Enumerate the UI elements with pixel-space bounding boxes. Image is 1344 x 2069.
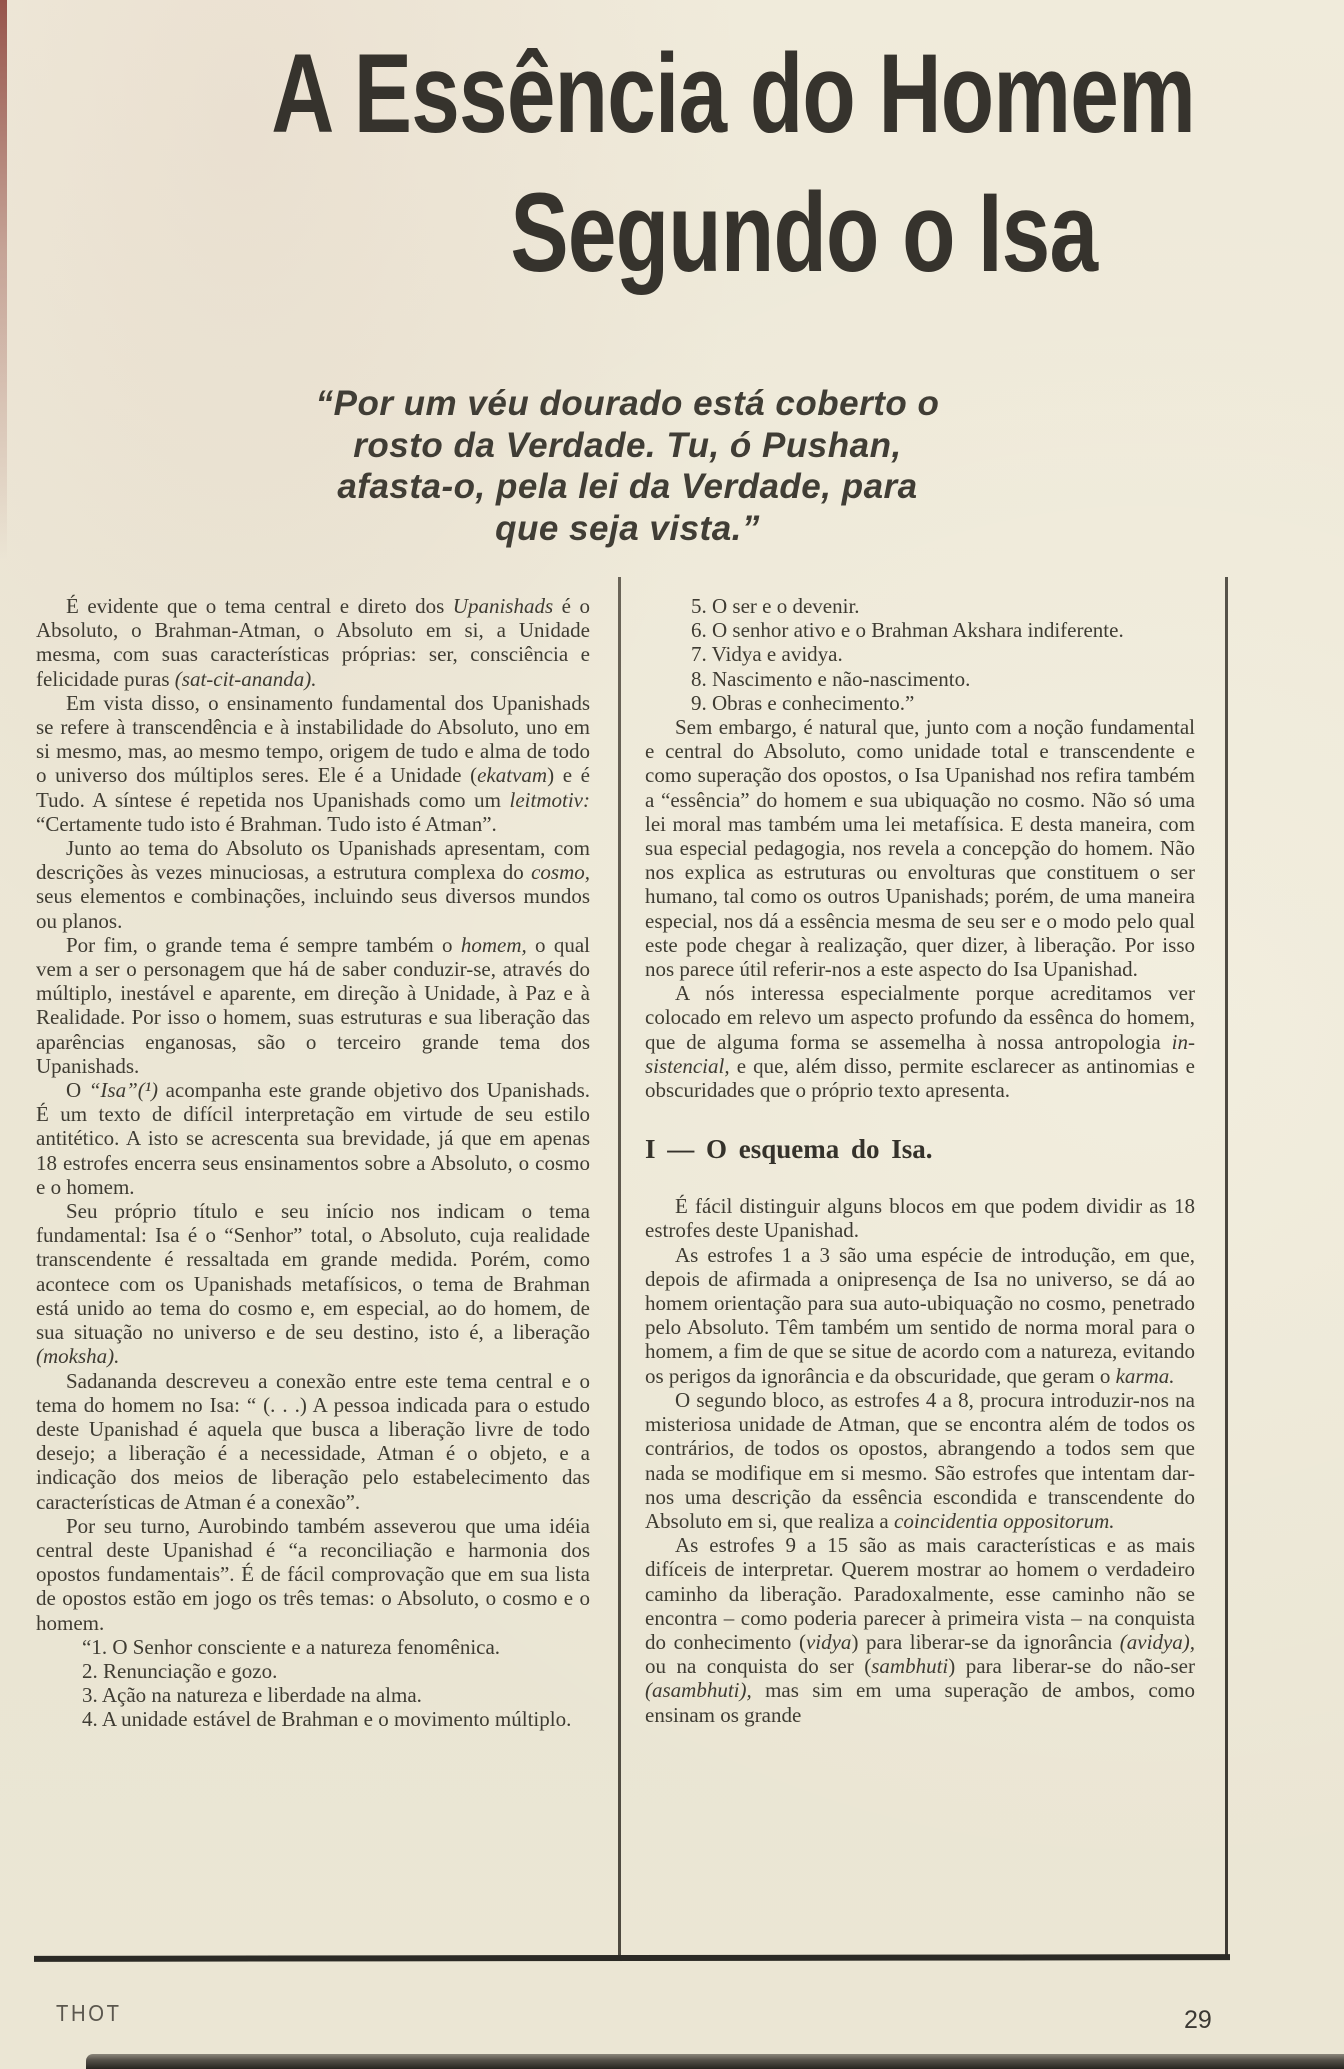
italic-text-run: leitmotiv:: [510, 788, 590, 812]
italic-text-run: (moksha).: [36, 1344, 119, 1368]
italic-text-run: (asambhuti),: [645, 1678, 752, 1702]
list-item: 8. Nascimento e não-nascimento.: [645, 667, 1195, 691]
scan-edge-bottom: [86, 2054, 1344, 2069]
text-run: 6. O senhor ativo e o Brahman Akshara in…: [691, 618, 1124, 642]
text-run: “1. O Senhor consciente e a natureza fen…: [82, 1635, 500, 1659]
italic-text-run: “Isa”(¹): [89, 1078, 158, 1102]
scan-edge-left: [0, 0, 7, 560]
text-run: A nós interessa especialmente porque acr…: [645, 981, 1195, 1053]
italic-text-run: karma.: [1116, 1364, 1175, 1388]
section-heading: I — O esquema do Isa.: [645, 1134, 1195, 1164]
paragraph: O segundo bloco, as estrofes 4 a 8, proc…: [645, 1388, 1195, 1533]
article-title-line-2: Segundo o Isa: [510, 177, 1009, 289]
italic-text-run: vidya: [806, 1630, 851, 1654]
text-run: As estrofes 1 a 3 são uma espécie de int…: [645, 1243, 1195, 1388]
italic-text-run: coincidentia oppositorum.: [894, 1509, 1114, 1533]
italic-text-run: ekatvam: [477, 763, 547, 787]
paragraph: Por fim, o grande tema é sempre também o…: [36, 933, 590, 1078]
text-run: Sadananda descreveu a conexão entre este…: [36, 1369, 590, 1514]
italic-text-run: (avidya),: [1120, 1630, 1195, 1654]
text-run: ) para liberar-se do não-ser: [948, 1654, 1195, 1678]
right-margin-rule: [1225, 577, 1228, 1960]
paragraph: É fácil distinguir alguns blocos em que …: [645, 1194, 1195, 1242]
column-divider-rule: [618, 577, 621, 1960]
list-item: 9. Obras e conhecimento.”: [645, 691, 1195, 715]
text-run: Seu próprio título e seu início nos indi…: [36, 1199, 590, 1344]
italic-text-run: sambhuti: [871, 1654, 948, 1678]
text-run: seus elementos e combinações, incluindo …: [36, 884, 590, 932]
list-item: 5. O ser e o devenir.: [645, 594, 1195, 618]
italic-text-run: Upanishads: [453, 594, 553, 618]
text-run: 3. Ação na natureza e liberdade na alma.: [82, 1683, 422, 1707]
text-run: 5. O ser e o devenir.: [691, 594, 860, 618]
bottom-rule: [34, 1954, 1230, 1962]
text-run: Por fim, o grande tema é sempre também o: [66, 933, 461, 957]
list-item: 6. O senhor ativo e o Brahman Akshara in…: [645, 618, 1195, 642]
text-run: 8. Nascimento e não-nascimento.: [691, 667, 970, 691]
text-run: Por seu turno, Aurobindo também assevero…: [36, 1514, 590, 1635]
text-run: 2. Renunciação e gozo.: [82, 1659, 277, 1683]
italic-text-run: (sat-cit-ananda).: [175, 667, 317, 691]
text-run: ou na conquista do ser (: [645, 1654, 871, 1678]
paragraph: Por seu turno, Aurobindo também assevero…: [36, 1514, 590, 1635]
list-item: 3. Ação na natureza e liberdade na alma.: [36, 1683, 590, 1707]
article-title-line-1: A Essência do Homem: [271, 38, 989, 150]
text-run: 9. Obras e conhecimento.”: [691, 691, 914, 715]
paragraph: Sem embargo, é natural que, junto com a …: [645, 715, 1195, 981]
text-run: I — O esquema do Isa.: [645, 1134, 933, 1164]
paragraph: As estrofes 1 a 3 são uma espécie de int…: [645, 1243, 1195, 1388]
italic-text-run: cosmo,: [531, 860, 590, 884]
paragraph: É evidente que o tema central e direto d…: [36, 594, 590, 691]
text-run: É evidente que o tema central e direto d…: [66, 594, 453, 618]
text-run: O: [66, 1078, 89, 1102]
right-column: 5. O ser e o devenir.6. O senhor ativo e…: [645, 594, 1195, 1960]
paragraph: Junto ao tema do Absoluto os Upanishads …: [36, 836, 590, 933]
paragraph: A nós interessa especialmente porque acr…: [645, 981, 1195, 1102]
italic-text-run: homem,: [461, 933, 527, 957]
paragraph: Sadananda descreveu a conexão entre este…: [36, 1369, 590, 1514]
text-run: Sem embargo, é natural que, junto com a …: [645, 715, 1195, 981]
left-column: É evidente que o tema central e direto d…: [36, 594, 590, 1960]
text-run: 4. A unidade estável de Brahman e o movi…: [82, 1707, 571, 1731]
paragraph: As estrofes 9 a 15 são as mais caracterí…: [645, 1533, 1195, 1727]
text-run: ) para liberar-se da ignorância: [851, 1630, 1119, 1654]
paragraph: Em vista disso, o ensinamento fundamenta…: [36, 691, 590, 836]
list-item: “1. O Senhor consciente e a natureza fen…: [36, 1635, 590, 1659]
list-item: 2. Renunciação e gozo.: [36, 1659, 590, 1683]
list-item: 4. A unidade estável de Brahman e o movi…: [36, 1707, 590, 1731]
paragraph: O “Isa”(¹) acompanha este grande objetiv…: [36, 1078, 590, 1199]
page-background: A Essência do Homem Segundo o Isa “Por u…: [0, 0, 1344, 2069]
paragraph: Seu próprio título e seu início nos indi…: [36, 1199, 590, 1368]
text-run: “Certamente tudo isto é Brahman. Tudo is…: [36, 812, 497, 836]
text-run: Junto ao tema do Absoluto os Upanishads …: [36, 836, 590, 884]
list-item: 7. Vidya e avidya.: [645, 642, 1195, 666]
text-run: É fácil distinguir alguns blocos em que …: [645, 1194, 1195, 1242]
footer-journal-name: THOT: [56, 2000, 122, 2027]
footer-page-number: 29: [1184, 2006, 1212, 2035]
text-run: 7. Vidya e avidya.: [691, 642, 843, 666]
epigraph-quote: “Por um véu dourado está coberto o rosto…: [45, 383, 1210, 549]
